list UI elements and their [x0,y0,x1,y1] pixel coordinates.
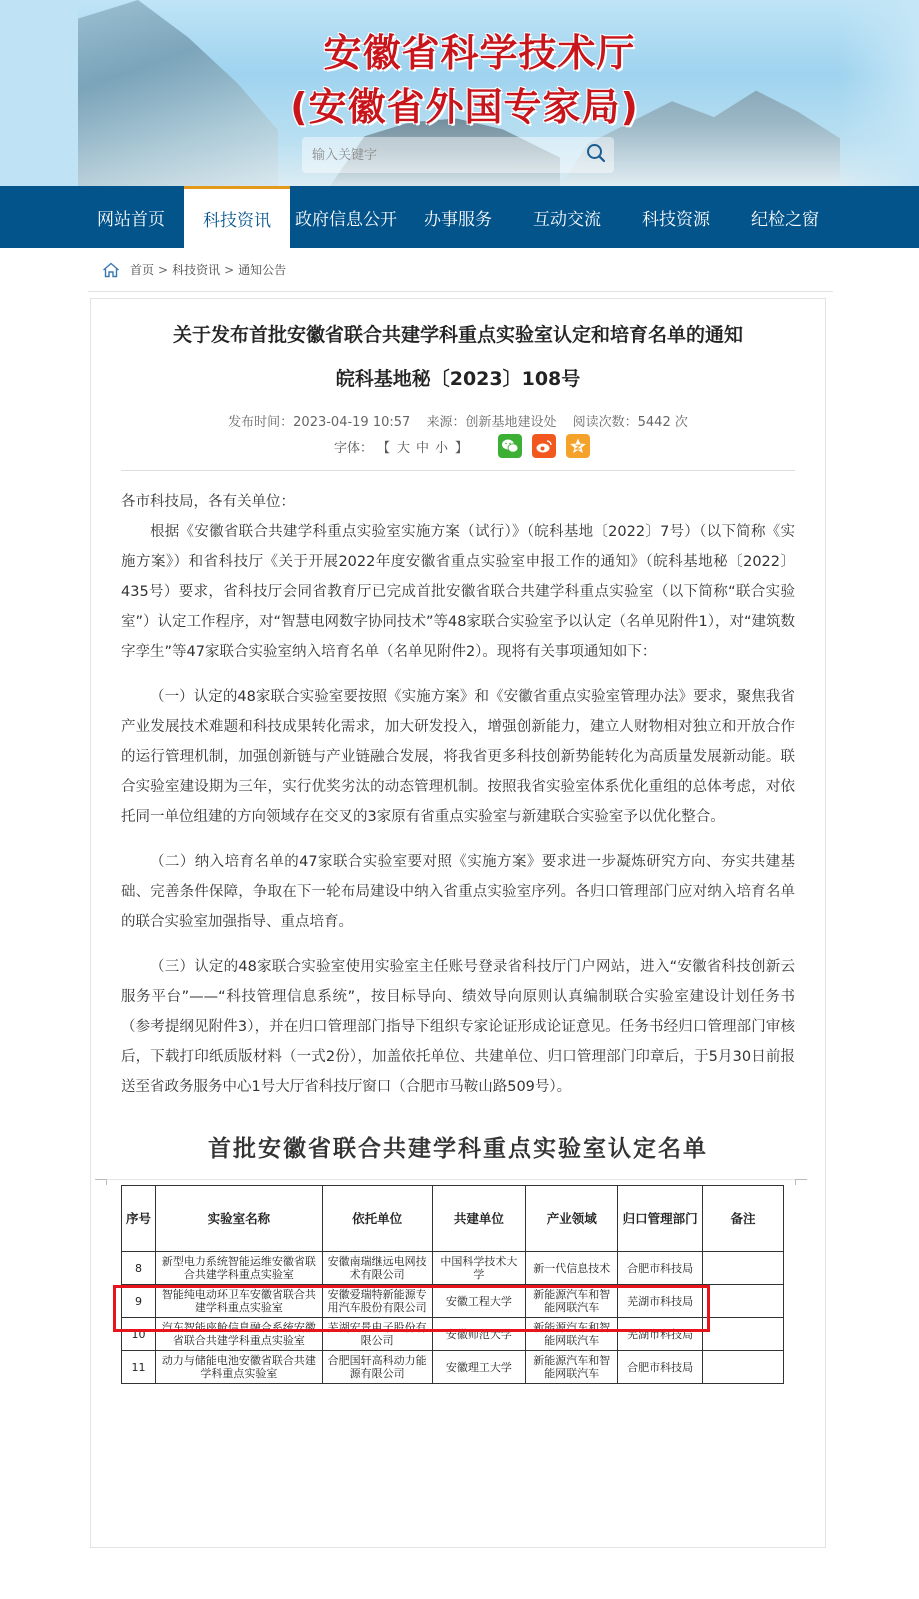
wechat-icon[interactable] [498,434,522,458]
cell-index: 10 [122,1318,156,1351]
article-card: 关于发布首批安徽省联合共建学科重点实验室认定和培育名单的通知 皖科基地秘〔202… [90,298,826,1548]
cell-index: 11 [122,1351,156,1384]
column-header-lab-name: 实验室名称 [155,1186,322,1252]
cell-partner: 安徽师范大学 [432,1318,526,1351]
paragraph: （二）纳入培育名单的47家联合实验室要对照《实施方案》要求进一步凝炼研究方向、夯… [121,847,795,937]
font-size-large[interactable]: 大 [397,437,410,456]
home-icon[interactable] [102,262,120,278]
nav-item-gov-info[interactable]: 政府信息公开 [290,186,402,248]
main-nav: 网站首页 科技资讯 政府信息公开 办事服务 互动交流 科技资源 纪检之窗 [0,186,919,248]
view-count-value: 5442 次 [638,415,688,430]
nav-item-resources[interactable]: 科技资源 [620,186,732,248]
nav-item-interaction[interactable]: 互动交流 [514,186,620,248]
view-count: 阅读次数：5442 次 [573,415,688,430]
cell-lab-name: 新型电力系统智能运维安徽省联合共建学科重点实验室 [155,1252,322,1285]
table-title: 首批安徽省联合共建学科重点实验室认定名单 [121,1130,795,1163]
column-header-remarks: 备注 [703,1186,784,1252]
cell-host-unit: 安徽南瑞继远电网技术有限公司 [322,1252,432,1285]
cell-lab-name: 智能纯电动环卫车安徽省联合共建学科重点实验室 [155,1285,322,1318]
publish-time: 发布时间：2023-04-19 10:57 [228,415,410,430]
search-button[interactable] [578,137,614,173]
weibo-icon[interactable] [532,434,556,458]
nav-label: 办事服务 [424,205,492,230]
font-size-label: 字体： [334,437,373,456]
cell-authority: 合肥市科技局 [618,1252,703,1285]
cell-index: 9 [122,1285,156,1318]
nav-label: 政府信息公开 [295,205,397,230]
bracket: 】 [455,437,468,456]
table-row: 10 汽车智能座舱信息融合系统安徽省联合共建学科重点实验室 芜湖宏景电子股份有限… [122,1318,784,1351]
column-header-index: 序号 [122,1186,156,1252]
nav-label: 互动交流 [533,205,601,230]
cell-industry: 新一代信息技术 [526,1252,618,1285]
column-header-authority: 归口管理部门 [618,1186,703,1252]
breadcrumb-separator: > [224,263,234,277]
lab-list-table-wrapper: 序号 实验室名称 依托单位 共建单位 产业领域 归口管理部门 备注 8 新型电力… [121,1185,795,1384]
publish-time-label: 发布时间： [228,415,293,430]
cell-authority: 芜湖市科技局 [618,1285,703,1318]
paragraph: （三）认定的48家联合实验室使用实验室主任账号登录省科技厅门户网站，进入“安徽省… [121,952,795,1102]
breadcrumb: 首页 > 科技资讯 > 通知公告 [88,248,833,292]
column-header-partner: 共建单位 [432,1186,526,1252]
breadcrumb-home[interactable]: 首页 [130,261,154,278]
table-row-highlighted: 9 智能纯电动环卫车安徽省联合共建学科重点实验室 安徽爱瑞特新能源专用汽车股份有… [122,1285,784,1318]
cell-remarks [703,1351,784,1384]
table-header-row: 序号 实验室名称 依托单位 共建单位 产业领域 归口管理部门 备注 [122,1186,784,1252]
search-input[interactable] [302,137,578,173]
cell-lab-name: 汽车智能座舱信息融合系统安徽省联合共建学科重点实验室 [155,1318,322,1351]
font-size-controls: 字体： 【 大 中 小 】 [121,434,795,458]
article-meta: 发布时间：2023-04-19 10:57 来源：创新基地建设处 阅读次数：54… [121,411,795,430]
cell-remarks [703,1285,784,1318]
content-wrapper: 首页 > 科技资讯 > 通知公告 关于发布首批安徽省联合共建学科重点实验室认定和… [78,248,841,1548]
nav-item-discipline[interactable]: 纪检之窗 [732,186,838,248]
table-row: 11 动力与储能电池安徽省联合共建学科重点实验室 合肥国轩高科动力能源有限公司 … [122,1351,784,1384]
document-edge [95,1179,807,1180]
nav-item-services[interactable]: 办事服务 [402,186,514,248]
cell-partner: 中国科学技术大学 [432,1252,526,1285]
lab-list-table: 序号 实验室名称 依托单位 共建单位 产业领域 归口管理部门 备注 8 新型电力… [121,1185,784,1384]
column-header-industry: 产业领域 [526,1186,618,1252]
nav-item-home[interactable]: 网站首页 [78,186,184,248]
source-label: 来源： [426,415,465,430]
article-body: 各市科技局，各有关单位： 根据《安徽省联合共建学科重点实验室实施方案（试行）》（… [121,487,795,1102]
nav-item-tech-news[interactable]: 科技资讯 [184,186,290,248]
nav-label: 纪检之窗 [751,205,819,230]
cell-partner: 安徽工程大学 [432,1285,526,1318]
cell-host-unit: 芜湖宏景电子股份有限公司 [322,1318,432,1351]
bracket: 【 [377,437,390,456]
divider [121,470,795,471]
cell-industry: 新能源汽车和智能网联汽车 [526,1351,618,1384]
table-row: 8 新型电力系统智能运维安徽省联合共建学科重点实验室 安徽南瑞继远电网技术有限公… [122,1252,784,1285]
cell-remarks [703,1252,784,1285]
cell-authority: 合肥市科技局 [618,1351,703,1384]
cell-index: 8 [122,1252,156,1285]
source: 来源：创新基地建设处 [426,415,556,430]
breadcrumb-tech-news[interactable]: 科技资讯 [172,261,220,278]
cell-lab-name: 动力与储能电池安徽省联合共建学科重点实验室 [155,1351,322,1384]
qzone-icon[interactable] [566,434,590,458]
breadcrumb-separator: > [158,263,168,277]
nav-label: 网站首页 [97,205,165,230]
cell-industry: 新能源汽车和智能网联汽车 [526,1285,618,1318]
view-count-label: 阅读次数： [573,415,638,430]
article-title: 关于发布首批安徽省联合共建学科重点实验室认定和培育名单的通知 [121,321,795,349]
paragraph: 根据《安徽省联合共建学科重点实验室实施方案（试行）》（皖科基地〔2022〕7号）… [121,517,795,667]
cell-industry: 新能源汽车和智能网联汽车 [526,1318,618,1351]
site-banner: 安徽省科学技术厅 (安徽省外国专家局) [0,0,919,186]
nav-label: 科技资讯 [203,206,271,231]
document-corner-mark [795,1179,807,1185]
cell-remarks [703,1318,784,1351]
column-header-host-unit: 依托单位 [322,1186,432,1252]
breadcrumb-notices[interactable]: 通知公告 [238,261,286,278]
search-box [302,137,614,173]
document-number: 皖科基地秘〔2023〕108号 [121,365,795,393]
document-corner-mark [95,1179,107,1185]
cell-host-unit: 安徽爱瑞特新能源专用汽车股份有限公司 [322,1285,432,1318]
site-subtitle: (安徽省外国专家局) [0,76,919,131]
cell-authority: 芜湖市科技局 [618,1318,703,1351]
publish-time-value: 2023-04-19 10:57 [293,415,410,430]
font-size-small[interactable]: 小 [435,437,448,456]
site-title: 安徽省科学技术厅 [0,22,919,77]
paragraph: （一）认定的48家联合实验室要按照《实施方案》和《安徽省重点实验室管理办法》要求… [121,682,795,832]
font-size-medium[interactable]: 中 [416,437,429,456]
cell-host-unit: 合肥国轩高科动力能源有限公司 [322,1351,432,1384]
cell-partner: 安徽理工大学 [432,1351,526,1384]
greeting: 各市科技局，各有关单位： [121,487,795,517]
source-value: 创新基地建设处 [465,415,556,430]
search-icon [586,143,606,167]
nav-label: 科技资源 [642,205,710,230]
